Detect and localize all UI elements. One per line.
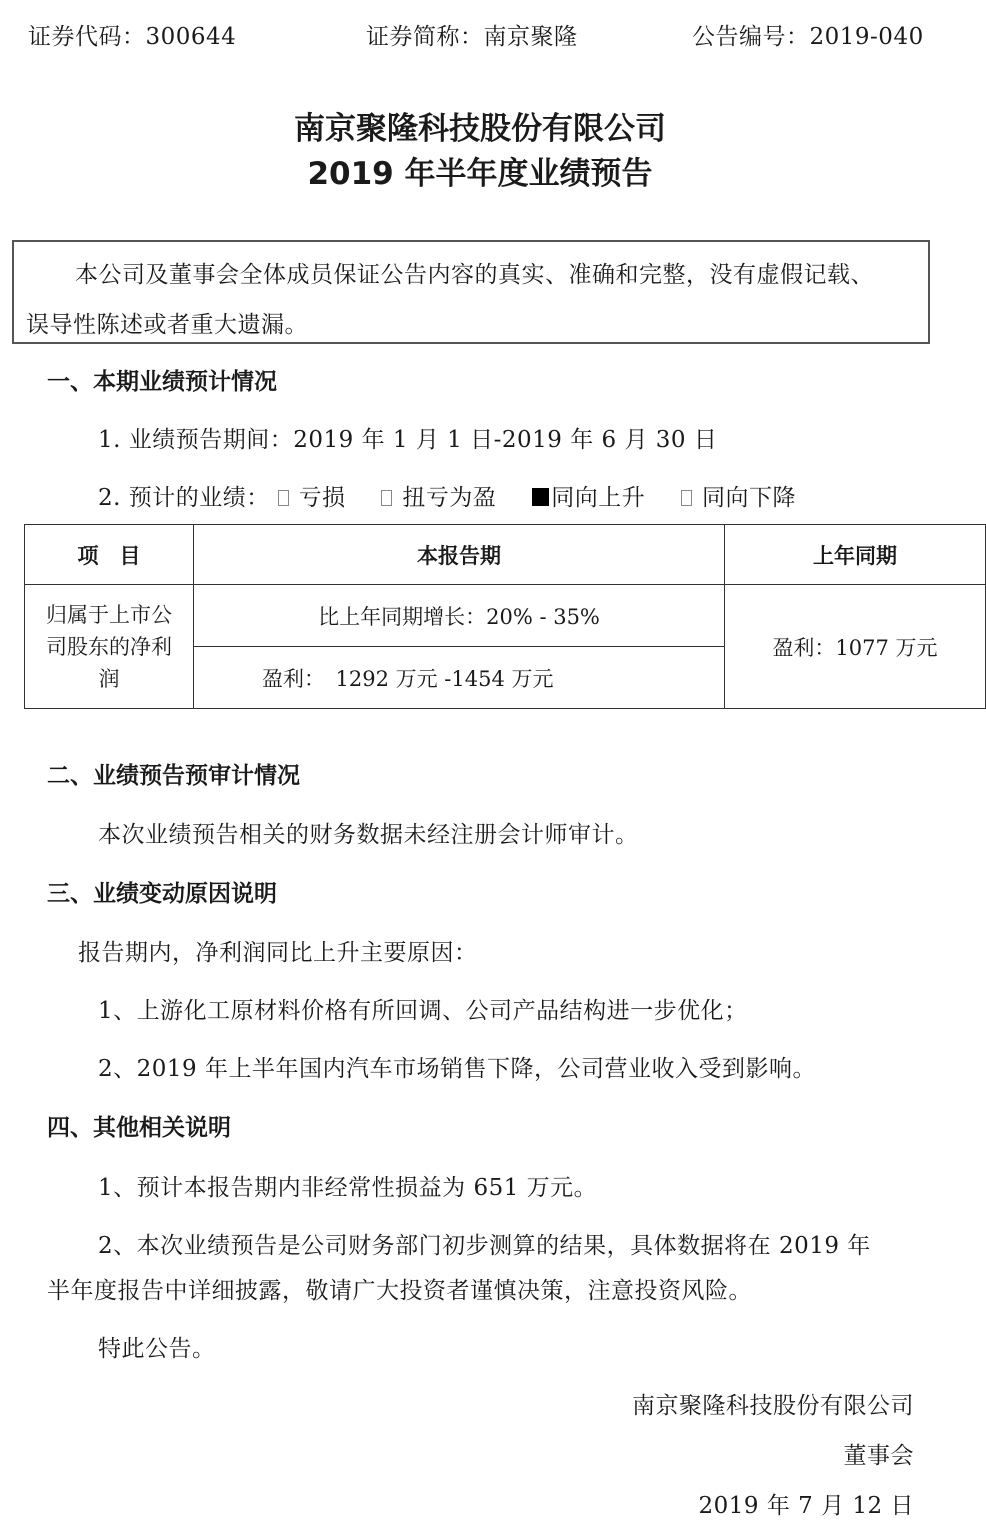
header-prior-year: 上年同期 xyxy=(725,525,986,585)
other-note-1: 1、预计本报告期内非经常性损益为 651 万元。 xyxy=(98,1169,597,1202)
other-note-2-line-2: 半年度报告中详细披露，敬请广大投资者谨慎决策，注意投资风险。 xyxy=(47,1272,752,1305)
section-3-heading: 三、业绩变动原因说明 xyxy=(47,875,277,908)
growth-range: 比上年同期增长：20% - 35% xyxy=(194,585,725,647)
option-decrease: 同向下降 xyxy=(681,485,796,511)
header-current-period: 本报告期 xyxy=(194,525,725,585)
signature-board: 董事会 xyxy=(844,1437,915,1470)
audit-statement: 本次业绩预告相关的财务数据未经注册会计师审计。 xyxy=(98,816,639,849)
signature-date: 2019 年 7 月 12 日 xyxy=(699,1487,915,1520)
profit-range: 盈利： 1292 万元 -1454 万元 xyxy=(194,647,725,709)
statement-line-1: 本公司及董事会全体成员保证公告内容的真实、准确和完整，没有虚假记载、 xyxy=(75,256,874,289)
section-2-heading: 二、业绩预告预审计情况 xyxy=(47,757,300,790)
expected-performance-label: 2. 预计的业绩： xyxy=(98,485,270,511)
table-row: 归属于上市公 司股东的净利 润 比上年同期增长：20% - 35% 盈利：107… xyxy=(25,585,986,647)
notice-number: 公告编号：2019-040 xyxy=(692,18,924,51)
reason-item-2: 2、2019 年上半年国内汽车市场销售下降，公司营业收入受到影响。 xyxy=(98,1050,816,1083)
section-4-heading: 四、其他相关说明 xyxy=(47,1109,231,1142)
option-turnaround: 扭亏为盈 xyxy=(381,485,496,511)
document-title-report: 2019 年半年度业绩预告 xyxy=(10,148,950,193)
reasons-intro: 报告期内，净利润同比上升主要原因： xyxy=(78,934,478,967)
checkbox-checked-icon xyxy=(532,488,549,506)
performance-table: 项 目 本报告期 上年同期 归属于上市公 司股东的净利 润 比上年同期增长：20… xyxy=(24,524,986,709)
closing-remark: 特此公告。 xyxy=(98,1330,216,1363)
reason-item-1: 1、上游化工原材料价格有所回调、公司产品结构进一步优化； xyxy=(98,992,748,1025)
checkbox-empty-icon xyxy=(381,490,392,506)
section-1-heading: 一、本期业绩预计情况 xyxy=(47,363,277,396)
row-label-net-profit: 归属于上市公 司股东的净利 润 xyxy=(25,585,194,709)
checkbox-empty-icon xyxy=(681,490,692,506)
signature-company: 南京聚隆科技股份有限公司 xyxy=(632,1387,914,1420)
option-loss: 亏损 xyxy=(278,485,346,511)
checkbox-empty-icon xyxy=(278,490,289,506)
stock-code: 证券代码：300644 xyxy=(28,18,236,51)
forecast-period: 1. 业绩预告期间：2019 年 1 月 1 日-2019 年 6 月 30 日 xyxy=(98,421,717,454)
table-header-row: 项 目 本报告期 上年同期 xyxy=(25,525,986,585)
document-title-company: 南京聚隆科技股份有限公司 xyxy=(10,103,950,148)
header-item: 项 目 xyxy=(25,525,194,585)
prior-year-profit: 盈利：1077 万元 xyxy=(725,585,986,709)
statement-line-2: 误导性陈述或者重大遗漏。 xyxy=(26,306,308,339)
option-increase: 同向上升 xyxy=(532,485,645,511)
expected-performance: 2. 预计的业绩： 亏损 扭亏为盈 同向上升 同向下降 xyxy=(98,479,824,512)
stock-abbreviation: 证券简称：南京聚隆 xyxy=(366,18,578,51)
other-note-2-line-1: 2、本次业绩预告是公司财务部门初步测算的结果，具体数据将在 2019 年 xyxy=(98,1227,871,1260)
